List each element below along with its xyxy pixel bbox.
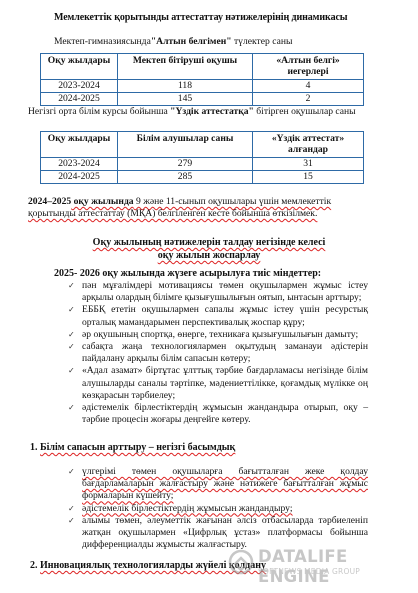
planning-heading-line1: Оқу жылының нәтижелерін талдау негізінде… bbox=[0, 236, 418, 249]
planning-heading-line2: оқу жылын жоспарлау bbox=[0, 249, 418, 262]
table-cell: 145 bbox=[118, 93, 253, 106]
check-icon: ✓ bbox=[68, 280, 75, 292]
table-cell: 31 bbox=[253, 158, 364, 171]
table-cell: 2023-2024 bbox=[41, 80, 118, 93]
planning-heading: Оқу жылының нәтижелерін талдау негізінде… bbox=[0, 236, 418, 262]
table-header: Оқу жылдары bbox=[41, 54, 118, 80]
table-cell: 2024-2025 bbox=[41, 93, 118, 106]
list-item: ✓пән мұғалімдері мотивациясы төмен оқушы… bbox=[82, 280, 368, 304]
table-header: Мектеп бітіруші оқушы bbox=[118, 54, 253, 80]
table-cell: 285 bbox=[118, 171, 253, 184]
watermark-tagline: SOFTNEWS MEDIA GROUP bbox=[258, 567, 360, 576]
table-header-row: Оқу жылдары Мектеп бітіруші оқушы «Алтын… bbox=[41, 54, 364, 80]
list-item-text: әр оқушының спортқа, өнерге, техникаға қ… bbox=[82, 329, 358, 340]
table-cell: 15 bbox=[253, 171, 364, 184]
list-item-text: сабақта жаңа технологиялармен оқытудың з… bbox=[82, 341, 368, 364]
excellent-certificate-table: Оқу жылдары Білім алушылар саны «Үздік а… bbox=[40, 131, 364, 184]
list-item-text: алымы төмен, әлеуметтік жағынан әлсіз от… bbox=[82, 515, 368, 550]
list-item-text: ЕББҚ ететін оқушылармен сапалы жұмыс іст… bbox=[82, 304, 368, 327]
check-icon: ✓ bbox=[68, 329, 75, 341]
check-icon: ✓ bbox=[68, 304, 75, 316]
table-row: 2023-2024 118 4 bbox=[41, 80, 364, 93]
tasks-list: ✓пән мұғалімдері мотивациясы төмен оқушы… bbox=[82, 280, 368, 426]
table-cell: 4 bbox=[253, 80, 364, 93]
check-icon: ✓ bbox=[68, 503, 75, 515]
watermark: DATALIFE ENGINE SOFTNEWS MEDIA GROUP bbox=[228, 548, 408, 580]
table1-caption-suffix: түлектер саны bbox=[232, 36, 293, 47]
check-icon: ✓ bbox=[68, 402, 75, 414]
check-icon: ✓ bbox=[68, 515, 75, 527]
check-icon: ✓ bbox=[68, 466, 75, 478]
section1-heading: 1. Білім сапасын арттыру – негізгі басым… bbox=[30, 442, 235, 454]
list-item-text: әдістемелік бірлестіктердің жұмысын жанд… bbox=[82, 503, 293, 514]
table2-caption: Негізгі орта білім курсы бойынша "Үздік … bbox=[28, 106, 368, 118]
table-row: 2024-2025 145 2 bbox=[41, 93, 364, 106]
list-item-text: пән мұғалімдері мотивациясы төмен оқушыл… bbox=[82, 280, 368, 303]
table-cell: 2 bbox=[253, 93, 364, 106]
table2-caption-prefix: Негізгі орта білім курсы бойынша bbox=[28, 106, 170, 117]
table2-caption-bold: "Үздік аттестатқа" bbox=[170, 106, 254, 117]
section1-number: 1. bbox=[30, 442, 40, 453]
table1-caption: Мектеп-гимназиясында"Алтын белгімен" түл… bbox=[54, 36, 292, 48]
table-header: Оқу жылдары bbox=[41, 132, 118, 158]
exam-note-year-label: оқу жылында bbox=[71, 196, 133, 207]
table-header-row: Оқу жылдары Білім алушылар саны «Үздік а… bbox=[41, 132, 364, 158]
list-item: ✓сабақта жаңа технологиялармен оқытудың … bbox=[82, 341, 368, 365]
list-item: ✓әр оқушының спортқа, өнерге, техникаға … bbox=[82, 329, 368, 341]
exam-note-paragraph: 2024–2025 оқу жылында 9 және 11-сынып оқ… bbox=[28, 196, 373, 220]
list-item: ✓ЕББҚ ететін оқушылармен сапалы жұмыс іс… bbox=[82, 304, 368, 328]
exam-note-years: 2024–2025 bbox=[28, 196, 71, 207]
table2-caption-suffix: бітірген оқушылар саны bbox=[254, 106, 356, 117]
list-item: ✓үлгерімі төмен оқушыларға бағытталған ж… bbox=[82, 466, 368, 503]
table-row: 2024-2025 285 15 bbox=[41, 171, 364, 184]
table-header: «Үздік аттестат» алғандар bbox=[253, 132, 364, 158]
list-item-text: үлгерімі төмен оқушыларға бағытталған же… bbox=[82, 466, 368, 501]
check-icon: ✓ bbox=[68, 341, 75, 353]
table-cell: 118 bbox=[118, 80, 253, 93]
list-item: ✓алымы төмен, әлеуметтік жағынан әлсіз о… bbox=[82, 515, 368, 552]
gold-medal-table: Оқу жылдары Мектеп бітіруші оқушы «Алтын… bbox=[40, 53, 364, 106]
table-cell: 279 bbox=[118, 158, 253, 171]
list-item: ✓әдістемелік бірлестіктердің жұмысын жан… bbox=[82, 503, 368, 515]
table-row: 2023-2024 279 31 bbox=[41, 158, 364, 171]
list-item: ✓әдістемелік бірлестіктердің жұмысын жан… bbox=[82, 402, 368, 426]
tasks-title: 2025- 2026 оқу жылында жүзеге асырылуға … bbox=[54, 268, 321, 280]
table-header: Білім алушылар саны bbox=[118, 132, 253, 158]
list-item-text: әдістемелік бірлестіктердің жұмысын жанд… bbox=[82, 402, 368, 425]
table1-caption-bold: "Алтын белгімен" bbox=[151, 36, 232, 47]
table1-caption-prefix: Мектеп-гимназиясында bbox=[54, 36, 151, 47]
list-item: ✓ «Адал азамат» біртұтас ұлттық тәрбие б… bbox=[82, 365, 368, 402]
table-cell: 2024-2025 bbox=[41, 171, 118, 184]
table-header: «Алтын белгі» иегерлері bbox=[253, 54, 364, 80]
datalife-logo-icon bbox=[228, 549, 254, 575]
table-cell: 2023-2024 bbox=[41, 158, 118, 171]
document-title: Мемлекеттік қорытынды аттестаттау нәтиже… bbox=[54, 12, 348, 24]
list-item-text: «Адал азамат» біртұтас ұлттық тәрбие бағ… bbox=[82, 365, 368, 400]
section2-number: 2. bbox=[30, 560, 40, 571]
section1-title: Білім сапасын арттыру – негізгі басымдық bbox=[40, 442, 235, 453]
section1-list: ✓үлгерімі төмен оқушыларға бағытталған ж… bbox=[82, 466, 368, 551]
check-icon: ✓ bbox=[68, 365, 75, 377]
